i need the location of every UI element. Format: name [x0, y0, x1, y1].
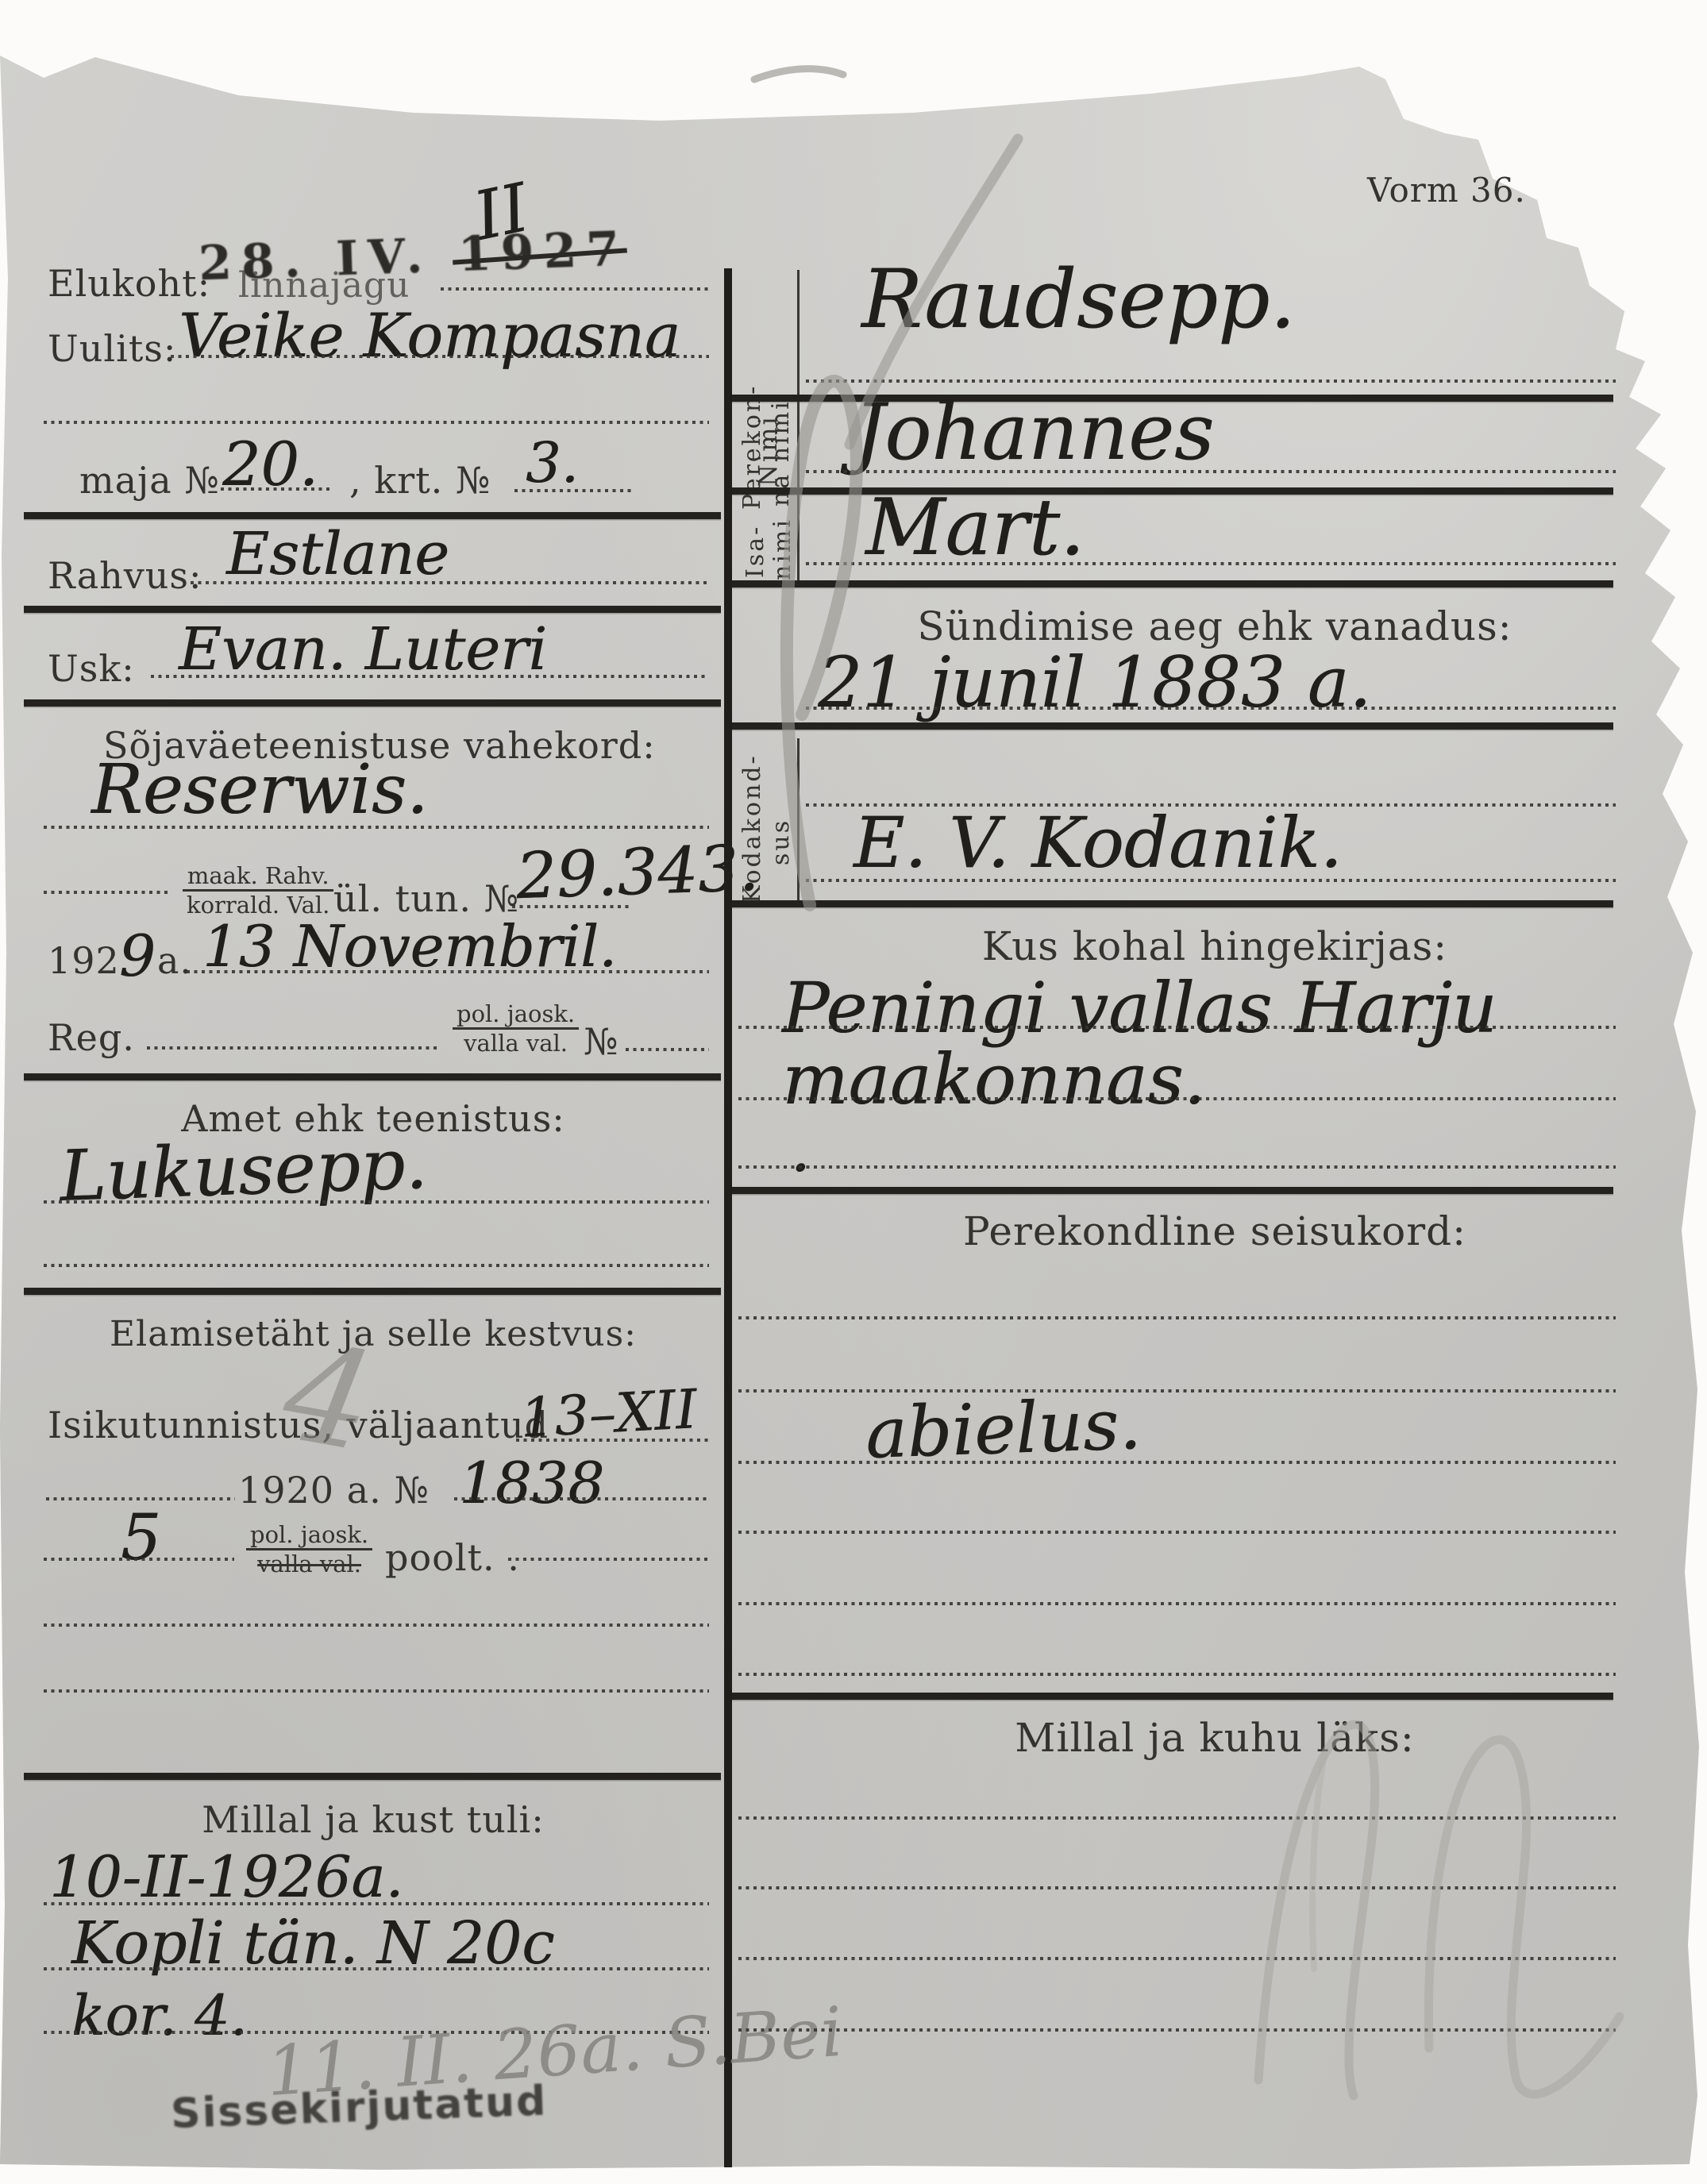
label-gutter-line: [797, 499, 800, 584]
dotted-line: [508, 1558, 709, 1561]
dotted-line: [44, 1689, 709, 1693]
handwriting-certificate-no: 29.343.: [514, 831, 759, 914]
dotted-line: [516, 1439, 709, 1442]
rotated-label-citizenship-2: sus: [767, 782, 795, 865]
fraction-top: maak. Rahv.: [183, 862, 333, 892]
dotted-line: [44, 1264, 709, 1267]
field-maja-label: maja №: [79, 459, 220, 502]
section-rule: [24, 699, 721, 707]
dotted-line: [221, 487, 332, 491]
dotted-line: [44, 1624, 709, 1627]
handwriting-precinct-five: 5: [121, 1500, 161, 1574]
handwriting-arrival-date: 10-II-1926a.: [49, 1843, 403, 1910]
fraction-pol-jaosk-2: pol. jaosk. valla val.: [246, 1521, 372, 1577]
dotted-line: [738, 1026, 1616, 1029]
dotted-line: [44, 891, 171, 894]
form-code: Vorm 36.: [1367, 171, 1526, 210]
printed-1920-label: 1920 a. №: [238, 1469, 430, 1512]
section-rule: [24, 1288, 721, 1295]
field-rahvus-label: Rahvus:: [48, 554, 202, 597]
column-divider: [724, 268, 732, 2167]
printed-year-suffix: a.: [157, 939, 192, 982]
dotted-line: [806, 470, 1616, 473]
field-usk-label: Usk:: [48, 647, 135, 690]
section-rule: [732, 722, 1613, 730]
dotted-line: [738, 1316, 1616, 1319]
handwriting-religion: Evan. Luteri: [179, 615, 547, 684]
section-rule: [732, 1693, 1613, 1700]
printed-year-prefix: 192: [48, 939, 120, 982]
dotted-line: [44, 1558, 234, 1561]
dotted-line: [738, 1816, 1616, 1820]
field-reg-label: Reg.: [48, 1016, 135, 1059]
dotted-line: [738, 1957, 1616, 1960]
handwriting-surname: Raudsepp.: [861, 252, 1296, 347]
dotted-line: [806, 879, 1616, 882]
dotted-line: [626, 1048, 709, 1051]
fraction-bottom: valla val.: [453, 1030, 579, 1057]
dotted-line: [147, 1046, 441, 1050]
handwriting-id-number: 1838: [459, 1450, 604, 1516]
dotted-line: [44, 1200, 709, 1204]
handwriting-birthdate: 21 junil 1883 a.: [818, 641, 1371, 723]
fraction-top: pol. jaosk.: [453, 1000, 579, 1030]
printed-poolt: poolt. .: [385, 1536, 520, 1579]
field-elukoht-label: Elukoht:: [48, 262, 210, 305]
section-rule: [24, 1773, 721, 1780]
handwriting-parish-line3: .: [790, 1111, 811, 1187]
dotted-line: [738, 1531, 1616, 1534]
dotted-line: [187, 970, 709, 973]
dotted-line: [806, 562, 1616, 565]
section-rule: [732, 900, 1613, 907]
handwriting-firstname: Johannes: [853, 387, 1214, 478]
handwriting-apartment-no: 3.: [526, 430, 579, 495]
dotted-line: [512, 905, 631, 908]
handwriting-military-status: Reserwis.: [91, 750, 428, 830]
handwriting-parish-line1: Peningi vallas Harju: [782, 967, 1497, 1049]
fraction-maak-rahv: maak. Rahv. korrald. Val.: [183, 862, 333, 919]
rotated-label-fathername-1: Isa-: [742, 507, 769, 578]
section-rule: [24, 1073, 721, 1080]
handwriting-street: Veike Kompasna: [179, 300, 680, 371]
section-rule: [24, 606, 721, 613]
dotted-line: [454, 1497, 708, 1500]
dotted-line: [738, 1673, 1616, 1676]
rotated-label-fathername-2: nimi: [769, 504, 796, 580]
fraction-bottom-struck: valla val.: [246, 1550, 372, 1577]
section-rule: [24, 512, 721, 519]
handwriting-nationality: Estlane: [226, 520, 449, 588]
handwriting-parish-line2: maakonnas.: [782, 1038, 1206, 1120]
handwriting-citizenship: E. V. Kodanik.: [853, 802, 1343, 884]
dotted-line: [44, 1967, 709, 1970]
dotted-line: [806, 379, 1616, 383]
field-krt-label: , krt. №: [349, 459, 491, 502]
dotted-line: [44, 421, 709, 424]
dotted-line: [738, 1461, 1616, 1464]
field-reg-no-label: №: [584, 1020, 619, 1063]
dotted-line: [738, 1886, 1616, 1889]
section-rule: [732, 487, 1613, 495]
field-uulits-label: Uulits:: [48, 327, 176, 370]
handwriting-arrival-apartment: kor. 4.: [71, 1983, 248, 2048]
heading-departed-to: Millal ja kuhu läks:: [794, 1715, 1636, 1761]
dotted-line: [738, 2028, 1616, 2032]
heading-marital-status: Perekondline seisukord:: [794, 1208, 1636, 1254]
heading-arrived-from: Millal ja kust tuli:: [103, 1798, 643, 1841]
dotted-line: [441, 287, 711, 291]
handwriting-year-digit: 9: [119, 923, 156, 989]
dotted-line: [738, 1602, 1616, 1605]
dotted-line: [806, 707, 1616, 710]
section-rule: [732, 580, 1613, 587]
dotted-line: [514, 489, 634, 492]
dotted-line: [738, 1165, 1616, 1169]
rotated-label-firstname: Nimi: [753, 411, 783, 487]
dotted-line: [44, 826, 709, 829]
dotted-line: [738, 1097, 1616, 1100]
dotted-line: [151, 675, 709, 678]
handwriting-fathername: Mart.: [865, 483, 1085, 573]
rotated-label-citizenship-1: Kodakond-: [738, 745, 766, 903]
fraction-pol-jaosk: pol. jaosk. valla val.: [453, 1000, 579, 1057]
fraction-top: pol. jaosk.: [246, 1521, 372, 1550]
section-rule: [732, 1187, 1613, 1194]
dotted-line: [191, 581, 709, 584]
label-gutter-line: [797, 738, 800, 901]
scanned-form-page: Vorm 36. Elukoht: linnajagu 28. IV. 1927…: [0, 0, 1707, 2184]
heading-parish-register: Kus kohal hingekirjas:: [794, 923, 1636, 969]
dotted-line: [171, 355, 709, 358]
label-gutter-line: [797, 270, 800, 508]
dotted-line: [44, 1902, 709, 1905]
